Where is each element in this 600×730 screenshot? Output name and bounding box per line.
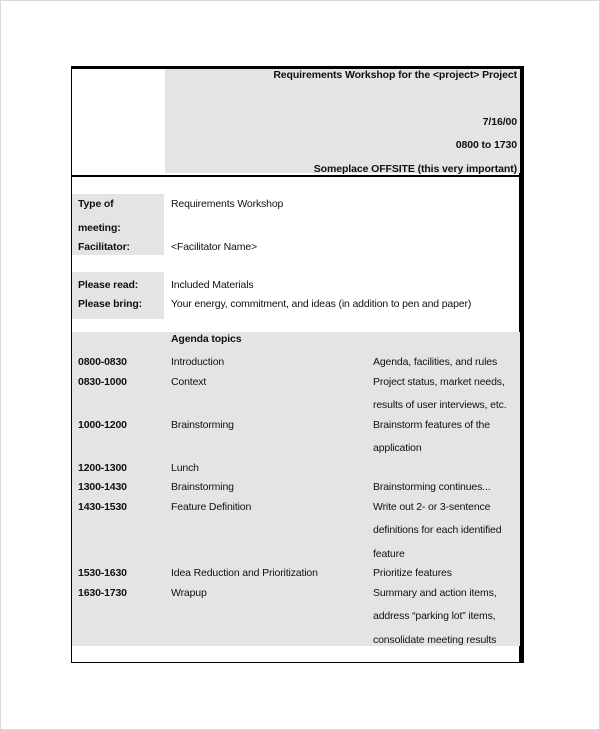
- agenda-time: 1000-1200: [78, 419, 127, 431]
- agenda-topic: Context: [171, 376, 206, 388]
- agenda-heading: Agenda topics: [171, 333, 241, 345]
- agenda-topic: Feature Definition: [171, 501, 251, 513]
- agenda-time: 1630-1730: [78, 587, 127, 599]
- agenda-time: 1430-1530: [78, 501, 127, 513]
- agenda-topic: Lunch: [171, 462, 199, 474]
- agenda-document: Requirements Workshop for the <project> …: [71, 66, 524, 663]
- agenda-time: 1200-1300: [78, 462, 127, 474]
- agenda-topic: Brainstorming: [171, 419, 234, 431]
- facilitator-value: <Facilitator Name>: [171, 241, 257, 253]
- agenda-topic: Brainstorming: [171, 481, 234, 493]
- header-block: Requirements Workshop for the <project> …: [165, 69, 520, 173]
- agenda-topic: Wrapup: [171, 587, 207, 599]
- agenda-note: Brainstorming continues...: [373, 481, 491, 493]
- agenda-topic: Idea Reduction and Prioritization: [171, 567, 318, 579]
- meeting-date: 7/16/00: [483, 116, 517, 128]
- agenda-note: Write out 2- or 3-sentence: [373, 501, 490, 513]
- agenda-time: 1300-1430: [78, 481, 127, 493]
- meeting-location: Someplace OFFSITE (this very important): [314, 163, 517, 175]
- read-value: Included Materials: [171, 279, 254, 291]
- type-label-cont: meeting:: [78, 222, 121, 234]
- type-value: Requirements Workshop: [171, 198, 283, 210]
- document-title: Requirements Workshop for the <project> …: [273, 69, 517, 81]
- agenda-time: 0800-0830: [78, 356, 127, 368]
- header-divider: [72, 175, 520, 177]
- agenda-note: address “parking lot” items,: [373, 610, 495, 622]
- type-label: Type of: [78, 198, 114, 210]
- agenda-note: results of user interviews, etc.: [373, 399, 507, 411]
- facilitator-label: Facilitator:: [78, 241, 130, 253]
- agenda-time: 1530-1630: [78, 567, 127, 579]
- agenda-time: 0830-1000: [78, 376, 127, 388]
- agenda-note: application: [373, 442, 422, 454]
- bring-value: Your energy, commitment, and ideas (in a…: [171, 298, 471, 310]
- agenda-note: definitions for each identified: [373, 524, 501, 536]
- bring-label: Please bring:: [78, 298, 142, 310]
- agenda-note: Project status, market needs,: [373, 376, 505, 388]
- agenda-note: Prioritize features: [373, 567, 452, 579]
- agenda-topic: Introduction: [171, 356, 224, 368]
- meeting-time: 0800 to 1730: [456, 139, 517, 151]
- agenda-note: Agenda, facilities, and rules: [373, 356, 497, 368]
- agenda-note: Summary and action items,: [373, 587, 496, 599]
- agenda-note: feature: [373, 548, 405, 560]
- agenda-note: Brainstorm features of the: [373, 419, 490, 431]
- agenda-note: consolidate meeting results: [373, 634, 496, 646]
- read-label: Please read:: [78, 279, 138, 291]
